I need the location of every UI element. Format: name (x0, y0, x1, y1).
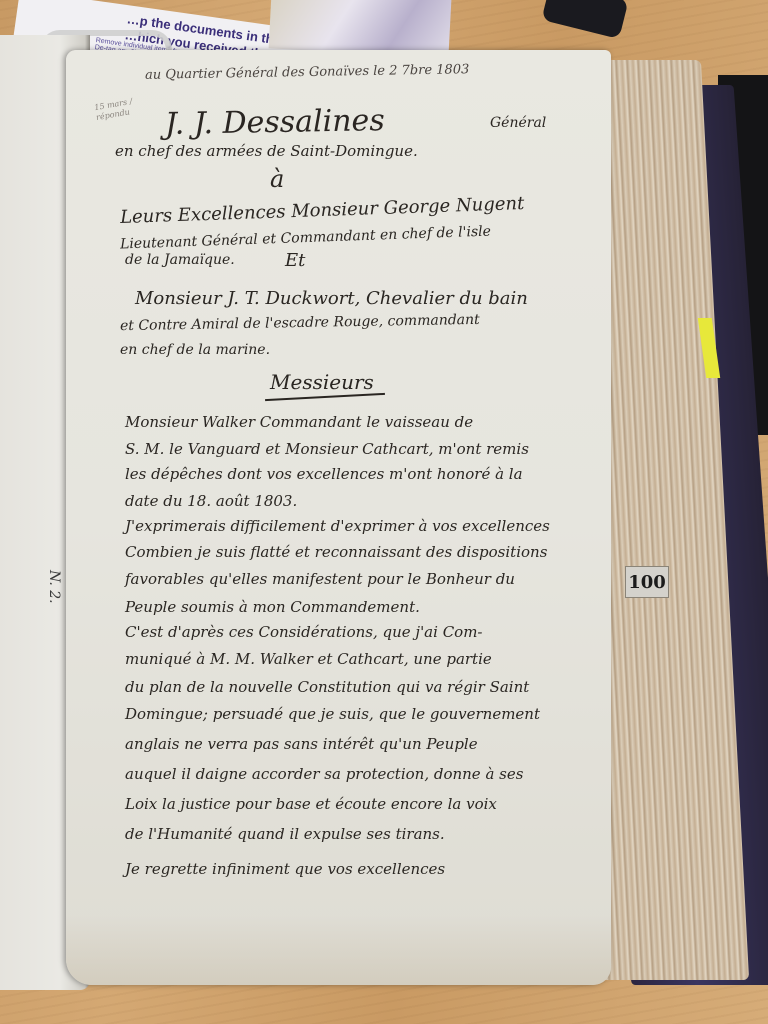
body-line: muniqué à M. M. Walker et Cathcart, une … (125, 650, 492, 668)
body-line: Monsieur Walker Commandant le vaisseau d… (125, 413, 473, 431)
body-line: de l'Humanité quand il expulse ses tiran… (125, 825, 445, 843)
addressee-conjunction: Et (285, 250, 305, 271)
body-line: Domingue; persuadé que je suis, que le g… (125, 705, 540, 723)
body-line: favorables qu'elles manifestent pour le … (125, 570, 515, 588)
body-line: Peuple soumis à mon Commandement. (125, 598, 420, 616)
sender-name: J. J. Dessalines (165, 103, 385, 142)
body-line: Combien je suis flatté et reconnaissant … (125, 543, 547, 561)
left-margin-note: N. 2. (46, 570, 62, 604)
body-line: du plan de la nouvelle Constitution qui … (125, 678, 529, 696)
addressee-duckworth-line3: en chef de la marine. (120, 342, 270, 358)
body-line: J'exprimerais difficilement d'exprimer à… (125, 517, 550, 535)
addressee-duckworth-line1: Monsieur J. T. Duckwort, Chevalier du ba… (135, 288, 528, 309)
body-line: Loix la justice pour base et écoute enco… (125, 795, 497, 813)
body-line: anglais ne verra pas sans intérêt qu'un … (125, 735, 478, 753)
folio-number-tab: 100 (625, 566, 669, 598)
body-line: auquel il daigne accorder sa protection,… (125, 765, 523, 783)
body-line: Je regrette infiniment que vos excellenc… (125, 860, 445, 878)
addressee-nugent-line3: de la Jamaïque. (125, 252, 235, 268)
body-line: les dépêches dont vos excellences m'ont … (125, 465, 523, 483)
salutation: Messieurs (270, 370, 374, 394)
sender-title-continued: en chef des armées de Saint-Domingue. (115, 142, 418, 160)
sender-title: Général (490, 115, 546, 131)
body-line: date du 18. août 1803. (125, 492, 297, 510)
addressed-to: à (270, 165, 284, 193)
body-line: S. M. le Vanguard et Monsieur Cathcart, … (125, 440, 529, 458)
body-line: C'est d'après ces Considérations, que j'… (125, 623, 483, 641)
